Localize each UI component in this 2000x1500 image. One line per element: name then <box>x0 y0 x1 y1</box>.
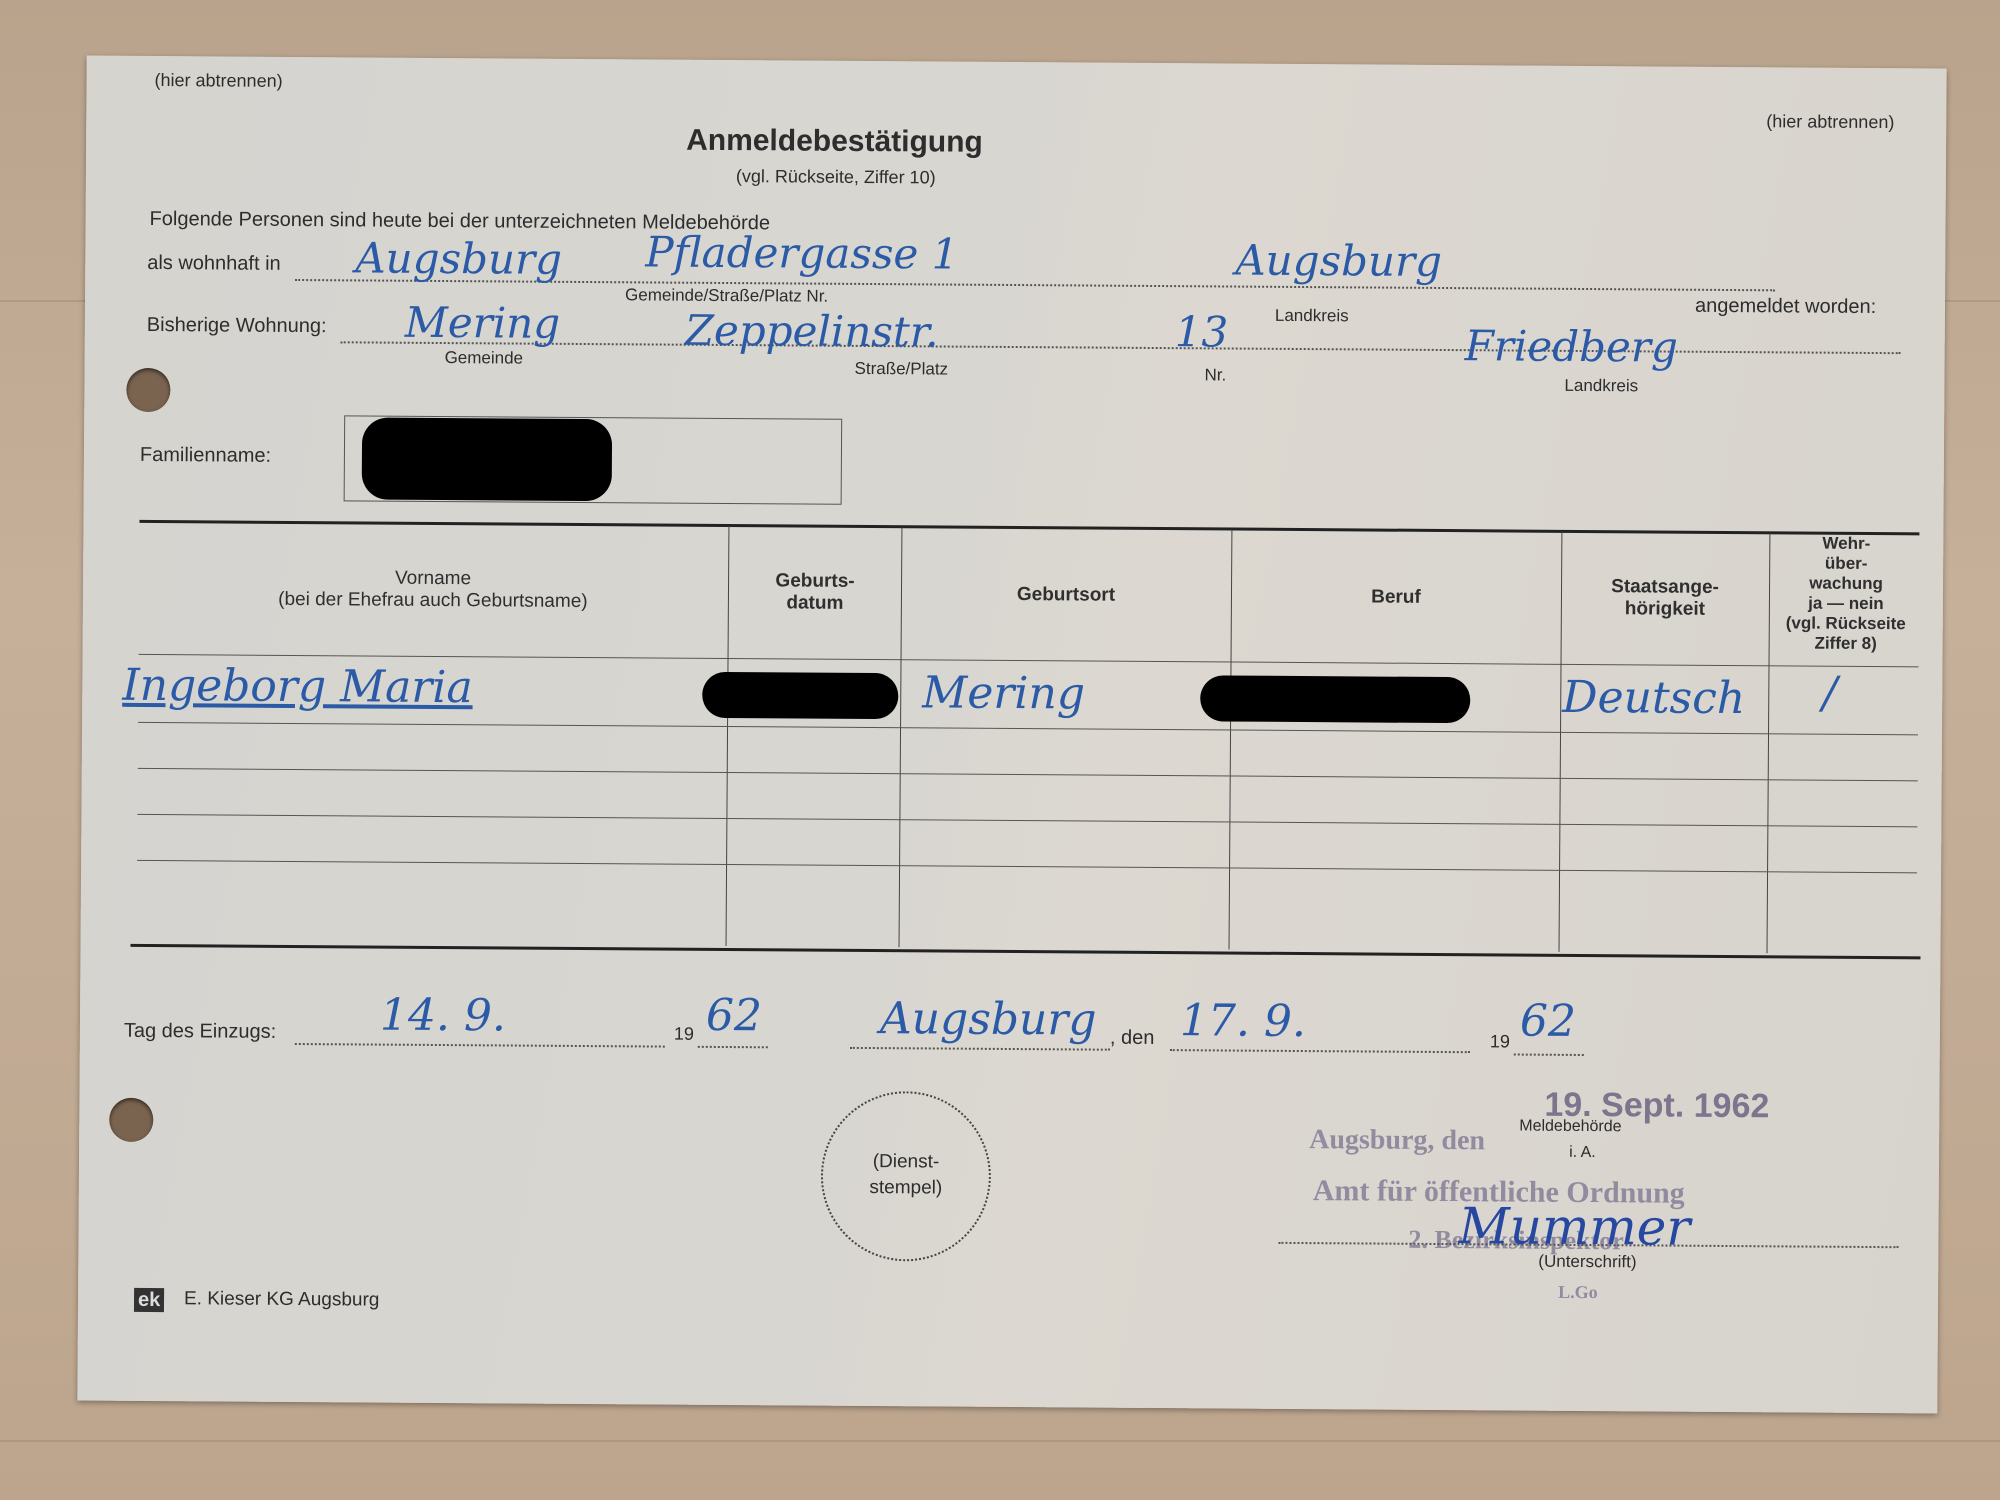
landkreis-sublabel: Landkreis <box>1275 306 1349 327</box>
col-divider <box>726 526 730 946</box>
angemeldet-label: angemeldet worden: <box>1695 295 1876 319</box>
punch-hole <box>109 1098 153 1142</box>
year-prefix-2: 19 <box>1490 1031 1510 1052</box>
familienname-label: Familienname: <box>140 444 271 468</box>
strasse-sublabel: Straße/Platz <box>854 359 948 380</box>
dienststempel-label: (Dienst-stempel) <box>843 1149 969 1202</box>
gemeinde-sublabel: Gemeinde <box>445 348 524 369</box>
wohnhaft-landkreis[interactable]: Augsburg <box>1235 236 1442 286</box>
table-top-rule <box>139 520 1919 535</box>
table-bottom-rule <box>130 944 1920 959</box>
einzug-year[interactable]: 62 <box>706 990 762 1041</box>
col-divider <box>1558 532 1562 952</box>
tear-label-left: (hier abtrennen) <box>154 70 282 92</box>
year-prefix-1: 19 <box>674 1024 694 1045</box>
col-header-vorname: Vorname (bei der Ehefrau auch Geburtsnam… <box>143 566 723 614</box>
unterschrift-label: (Unterschrift) <box>1538 1252 1636 1273</box>
punch-hole <box>126 368 170 412</box>
wohnhaft-strasse[interactable]: Pfladergasse 1 <box>645 227 958 278</box>
meldebehoerde-label: Meldebehörde <box>1519 1118 1621 1137</box>
row-line <box>138 768 1918 781</box>
tear-label-right: (hier abtrennen) <box>1766 111 1894 133</box>
year[interactable]: 62 <box>1520 996 1576 1047</box>
year-dotline <box>698 1046 768 1048</box>
form-title: Anmeldebestätigung <box>686 124 983 160</box>
col-divider <box>1229 530 1233 950</box>
place[interactable]: Augsburg <box>880 993 1097 1046</box>
cell-vorname[interactable]: Ingeborg Maria <box>122 660 473 713</box>
col-header-wehrueberwachung: Wehr- über- wachung ja — nein (vgl. Rück… <box>1771 533 1922 654</box>
dienststempel-circle: (Dienst-stempel) <box>820 1091 991 1262</box>
year-dotline-2 <box>1514 1054 1584 1056</box>
bisher-landkreis[interactable]: Friedberg <box>1465 321 1678 371</box>
wood-grain <box>0 1440 2000 1442</box>
stamp-line1: Augsburg, den <box>1309 1124 1485 1157</box>
col-header-staatsangehoerigkeit: Staatsange- hörigkeit <box>1563 576 1767 621</box>
wohnhaft-gemeinde[interactable]: Augsburg <box>355 233 562 283</box>
printer-name: E. Kieser KG Augsburg <box>184 1288 380 1311</box>
cell-geburtsdatum-redacted <box>702 672 898 719</box>
bisher-gemeinde[interactable]: Mering <box>405 298 561 348</box>
col-divider <box>899 527 903 947</box>
date[interactable]: 17. 9. <box>1180 995 1306 1047</box>
nr-sublabel: Nr. <box>1204 365 1226 385</box>
col-header-geburtsort: Geburtsort <box>903 583 1229 607</box>
cell-staatsangehoerigkeit[interactable]: Deutsch <box>1562 672 1745 724</box>
signature[interactable]: Mummer <box>1458 1197 1690 1257</box>
ia-label: i. A. <box>1569 1144 1596 1162</box>
form-subtitle: (vgl. Rückseite, Ziffer 10) <box>736 166 936 188</box>
col-header-beruf: Beruf <box>1233 586 1559 610</box>
row-line <box>137 860 1917 873</box>
wohnhaft-sublabel: Gemeinde/Straße/Platz Nr. <box>625 285 828 306</box>
einzug-date[interactable]: 14. 9. <box>380 990 506 1042</box>
den-label: , den <box>1110 1027 1155 1050</box>
einzug-dotline <box>295 1043 665 1048</box>
col-divider <box>1766 533 1770 953</box>
col-header-geburtsdatum: Geburts- datum <box>731 570 899 615</box>
landkreis-sublabel-2: Landkreis <box>1564 376 1638 397</box>
bisher-strasse[interactable]: Zeppelinstr. <box>685 306 939 357</box>
printer-logo: ek <box>134 1288 164 1312</box>
cell-beruf-redacted <box>1200 675 1470 723</box>
wohnhaft-label: als wohnhaft in <box>147 252 281 276</box>
einzug-label: Tag des Einzugs: <box>124 1020 276 1044</box>
cell-geburtsort[interactable]: Mering <box>922 667 1085 719</box>
table-row[interactable]: Ingeborg Maria Mering Deutsch / <box>87 56 1947 69</box>
date-dotline <box>1170 1049 1470 1053</box>
bisher-nr[interactable]: 13 <box>1175 307 1229 356</box>
place-dotline <box>850 1047 1110 1051</box>
registration-form: (hier abtrennen) (hier abtrennen) Anmeld… <box>77 56 1946 1414</box>
cell-wehrueberwachung[interactable]: / <box>1822 668 1837 719</box>
bisherige-label: Bisherige Wohnung: <box>147 314 327 338</box>
row-line <box>138 722 1918 735</box>
stamp-initials: L.Go <box>1558 1282 1598 1303</box>
row-line <box>137 814 1917 827</box>
familienname-redaction <box>362 417 613 501</box>
